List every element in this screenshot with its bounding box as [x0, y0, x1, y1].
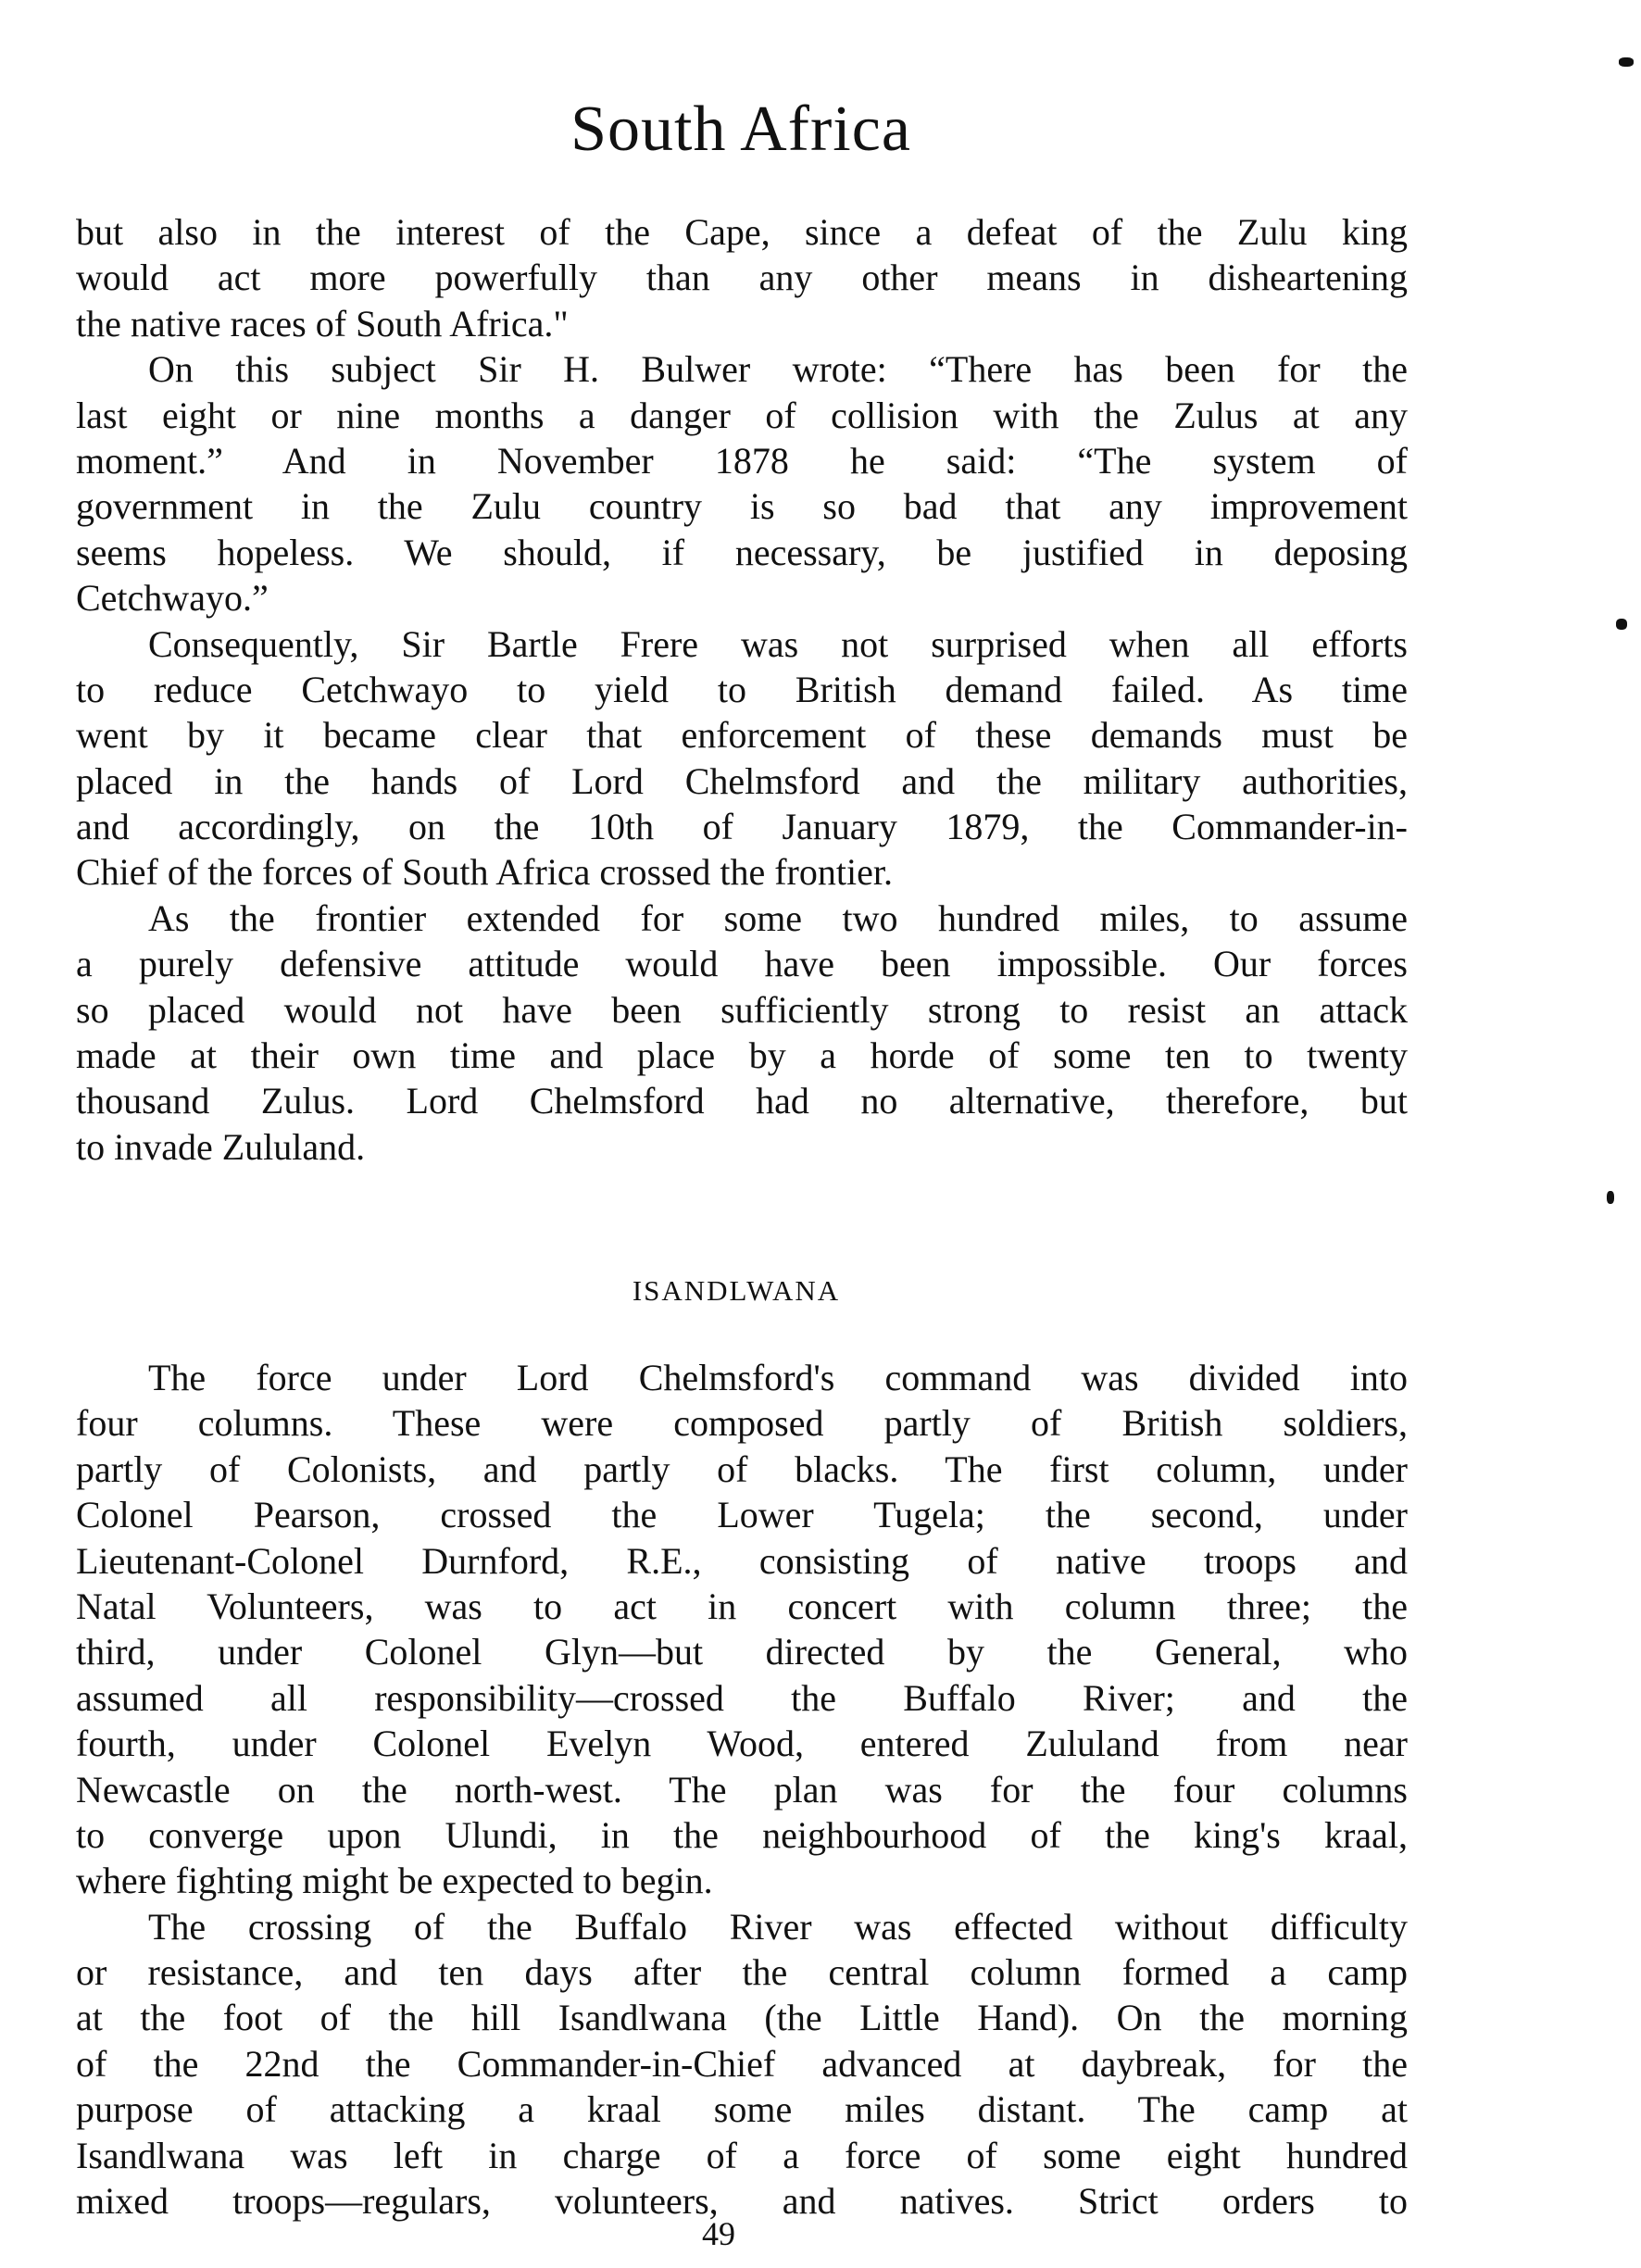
text-line: partly of Colonists, and partly of black… [76, 1447, 1408, 1492]
running-head: South Africa [0, 93, 1482, 167]
text-line: made at their own time and place by a ho… [76, 1033, 1408, 1078]
text-line: moment.” And in November 1878 he said: “… [76, 438, 1408, 483]
text-line: The crossing of the Buffalo River was ef… [76, 1904, 1408, 1949]
text-line: Consequently, Sir Bartle Frere was not s… [76, 621, 1408, 667]
text-line: of the 22nd the Commander-in-Chief advan… [76, 2041, 1408, 2086]
text-line: government in the Zulu country is so bad… [76, 483, 1408, 529]
text-line: The force under Lord Chelmsford's comman… [76, 1355, 1408, 1400]
scan-speck [1616, 619, 1627, 630]
text-line: purpose of attacking a kraal some miles … [76, 2086, 1408, 2132]
section-heading: ISANDLWANA [0, 1272, 1472, 1309]
text-line: Chief of the forces of South Africa cros… [76, 849, 1408, 895]
text-line: four columns. These were composed partly… [76, 1400, 1408, 1446]
text-line: the native races of South Africa." [76, 301, 1408, 346]
text-line: where fighting might be expected to begi… [76, 1858, 1408, 1903]
scan-speck [1619, 57, 1634, 67]
body-text-block-1: but also in the interest of the Cape, si… [76, 209, 1408, 1170]
text-line: Colonel Pearson, crossed the Lower Tugel… [76, 1492, 1408, 1537]
text-line: last eight or nine months a danger of co… [76, 393, 1408, 438]
scan-speck [1607, 1191, 1614, 1204]
text-line: As the frontier extended for some two hu… [76, 896, 1408, 941]
text-line: seems hopeless. We should, if necessary,… [76, 530, 1408, 575]
text-line: and accordingly, on the 10th of January … [76, 804, 1408, 849]
text-line: Natal Volunteers, was to act in concert … [76, 1584, 1408, 1629]
text-line: a purely defensive attitude would have b… [76, 941, 1408, 986]
text-line: so placed would not have been sufficient… [76, 987, 1408, 1033]
text-line: to invade Zululand. [76, 1124, 1408, 1170]
text-line: placed in the hands of Lord Chelmsford a… [76, 758, 1408, 804]
text-line: but also in the interest of the Cape, si… [76, 209, 1408, 255]
text-line: to reduce Cetchwayo to yield to British … [76, 667, 1408, 712]
text-line: Isandlwana was left in charge of a force… [76, 2133, 1408, 2178]
text-line: to converge upon Ulundi, in the neighbou… [76, 1812, 1408, 1858]
text-line: Cetchwayo.” [76, 575, 1408, 620]
text-line: would act more powerfully than any other… [76, 255, 1408, 300]
text-line: or resistance, and ten days after the ce… [76, 1949, 1408, 1995]
text-line: thousand Zulus. Lord Chelmsford had no a… [76, 1078, 1408, 1123]
body-text-block-2: The force under Lord Chelmsford's comman… [76, 1355, 1408, 2224]
text-line: third, under Colonel Glyn—but directed b… [76, 1629, 1408, 1674]
text-line: at the foot of the hill Isandlwana (the … [76, 1995, 1408, 2040]
page-number: 49 [0, 2215, 1437, 2252]
text-line: fourth, under Colonel Evelyn Wood, enter… [76, 1721, 1408, 1766]
text-line: Newcastle on the north-west. The plan wa… [76, 1767, 1408, 1812]
text-line: Lieutenant-Colonel Durnford, R.E., consi… [76, 1538, 1408, 1584]
text-line: assumed all responsibility—crossed the B… [76, 1675, 1408, 1721]
text-line: went by it became clear that enforcement… [76, 712, 1408, 758]
text-line: On this subject Sir H. Bulwer wrote: “Th… [76, 346, 1408, 392]
